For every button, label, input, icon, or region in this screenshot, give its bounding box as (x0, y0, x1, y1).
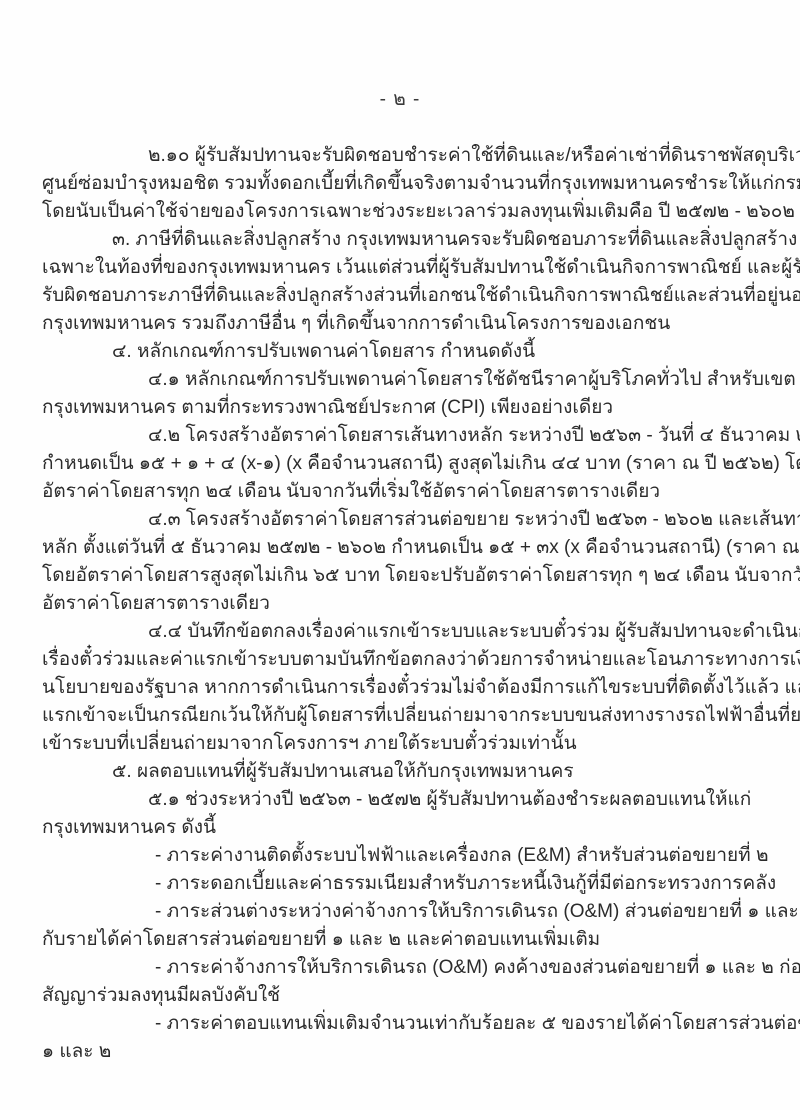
text-line: โดยนับเป็นค่าใช้จ่ายของโครงการเฉพาะช่วงร… (42, 198, 764, 226)
text-line: ๒.๑๐ ผู้รับสัมปทานจะรับผิดชอบชำระค่าใช้ท… (42, 142, 764, 170)
scanned-document-page: - ๒ - ๒.๑๐ ผู้รับสัมปทานจะรับผิดชอบชำระค… (0, 0, 800, 1110)
text-line: แรกเข้าจะเป็นกรณียกเว้นให้กับผู้โดยสารที… (42, 702, 764, 730)
text-line: โดยอัตราค่าโดยสารสูงสุดไม่เกิน ๖๕ บาท โด… (42, 562, 764, 590)
text-line: สัญญาร่วมลงทุนมีผลบังคับใช้ (42, 982, 764, 1010)
text-line: ๔.๑ หลักเกณฑ์การปรับเพดานค่าโดยสารใช้ดัช… (42, 366, 764, 394)
text-line: - ภาระดอกเบี้ยและค่าธรรมเนียมสำหรับภาระห… (42, 870, 764, 898)
text-line: อัตราค่าโดยสารตารางเดียว (42, 590, 764, 618)
text-line: ศูนย์ซ่อมบำรุงหมอชิต รวมทั้งดอกเบี้ยที่เ… (42, 170, 764, 198)
text-line: เข้าระบบที่เปลี่ยนถ่ายมาจากโครงการฯ ภายใ… (42, 730, 764, 758)
text-line: เรื่องตั๋วร่วมและค่าแรกเข้าระบบตามบันทึก… (42, 646, 764, 674)
text-line: เฉพาะในท้องที่ของกรุงเทพมหานคร เว้นแต่ส่… (42, 254, 764, 282)
text-line: ๔.๒ โครงสร้างอัตราค่าโดยสารเส้นทางหลัก ร… (42, 422, 764, 450)
text-line: - ภาระส่วนต่างระหว่างค่าจ้างการให้บริการ… (42, 898, 764, 926)
text-line: กำหนดเป็น ๑๕ + ๑ + ๔ (x-๑) (x คือจำนวนสถ… (42, 450, 764, 478)
text-line: ๑ และ ๒ (42, 1038, 764, 1066)
text-line: ๕. ผลตอบแทนที่ผู้รับสัมปทานเสนอให้กับกรุ… (42, 758, 764, 786)
document-body: ๒.๑๐ ผู้รับสัมปทานจะรับผิดชอบชำระค่าใช้ท… (42, 142, 764, 1066)
text-line: กรุงเทพมหานคร ตามที่กระทรวงพาณิชย์ประกาศ… (42, 394, 764, 422)
page-number: - ๒ - (0, 84, 800, 114)
text-line: ๔.๓ โครงสร้างอัตราค่าโดยสารส่วนต่อขยาย ร… (42, 506, 764, 534)
text-line: ๓. ภาษีที่ดินและสิ่งปลูกสร้าง กรุงเทพมหา… (42, 226, 764, 254)
text-line: ๔. หลักเกณฑ์การปรับเพดานค่าโดยสาร กำหนดด… (42, 338, 764, 366)
text-line: อัตราค่าโดยสารทุก ๒๔ เดือน นับจากวันที่เ… (42, 478, 764, 506)
text-line: - ภาระค่าจ้างการให้บริการเดินรถ (O&M) คง… (42, 954, 764, 982)
text-line: - ภาระค่างานติดตั้งระบบไฟฟ้าและเครื่องกล… (42, 842, 764, 870)
text-line: กับรายได้ค่าโดยสารส่วนต่อขยายที่ ๑ และ ๒… (42, 926, 764, 954)
text-line: รับผิดชอบภาระภาษีที่ดินและสิ่งปลูกสร้างส… (42, 282, 764, 310)
text-line: กรุงเทพมหานคร รวมถึงภาษีอื่น ๆ ที่เกิดขึ… (42, 310, 764, 338)
text-line: นโยบายของรัฐบาล หากการดำเนินการเรื่องตั๋… (42, 674, 764, 702)
text-line: - ภาระค่าตอบแทนเพิ่มเติมจำนวนเท่ากับร้อย… (42, 1010, 764, 1038)
text-line: กรุงเทพมหานคร ดังนี้ (42, 814, 764, 842)
text-line: ๕.๑ ช่วงระหว่างปี ๒๕๖๓ - ๒๕๗๒ ผู้รับสัมป… (42, 786, 764, 814)
text-line: ๔.๔ บันทึกข้อตกลงเรื่องค่าแรกเข้าระบบและ… (42, 618, 764, 646)
text-line: หลัก ตั้งแต่วันที่ ๕ ธันวาคม ๒๕๗๒ - ๒๖๐๒… (42, 534, 764, 562)
